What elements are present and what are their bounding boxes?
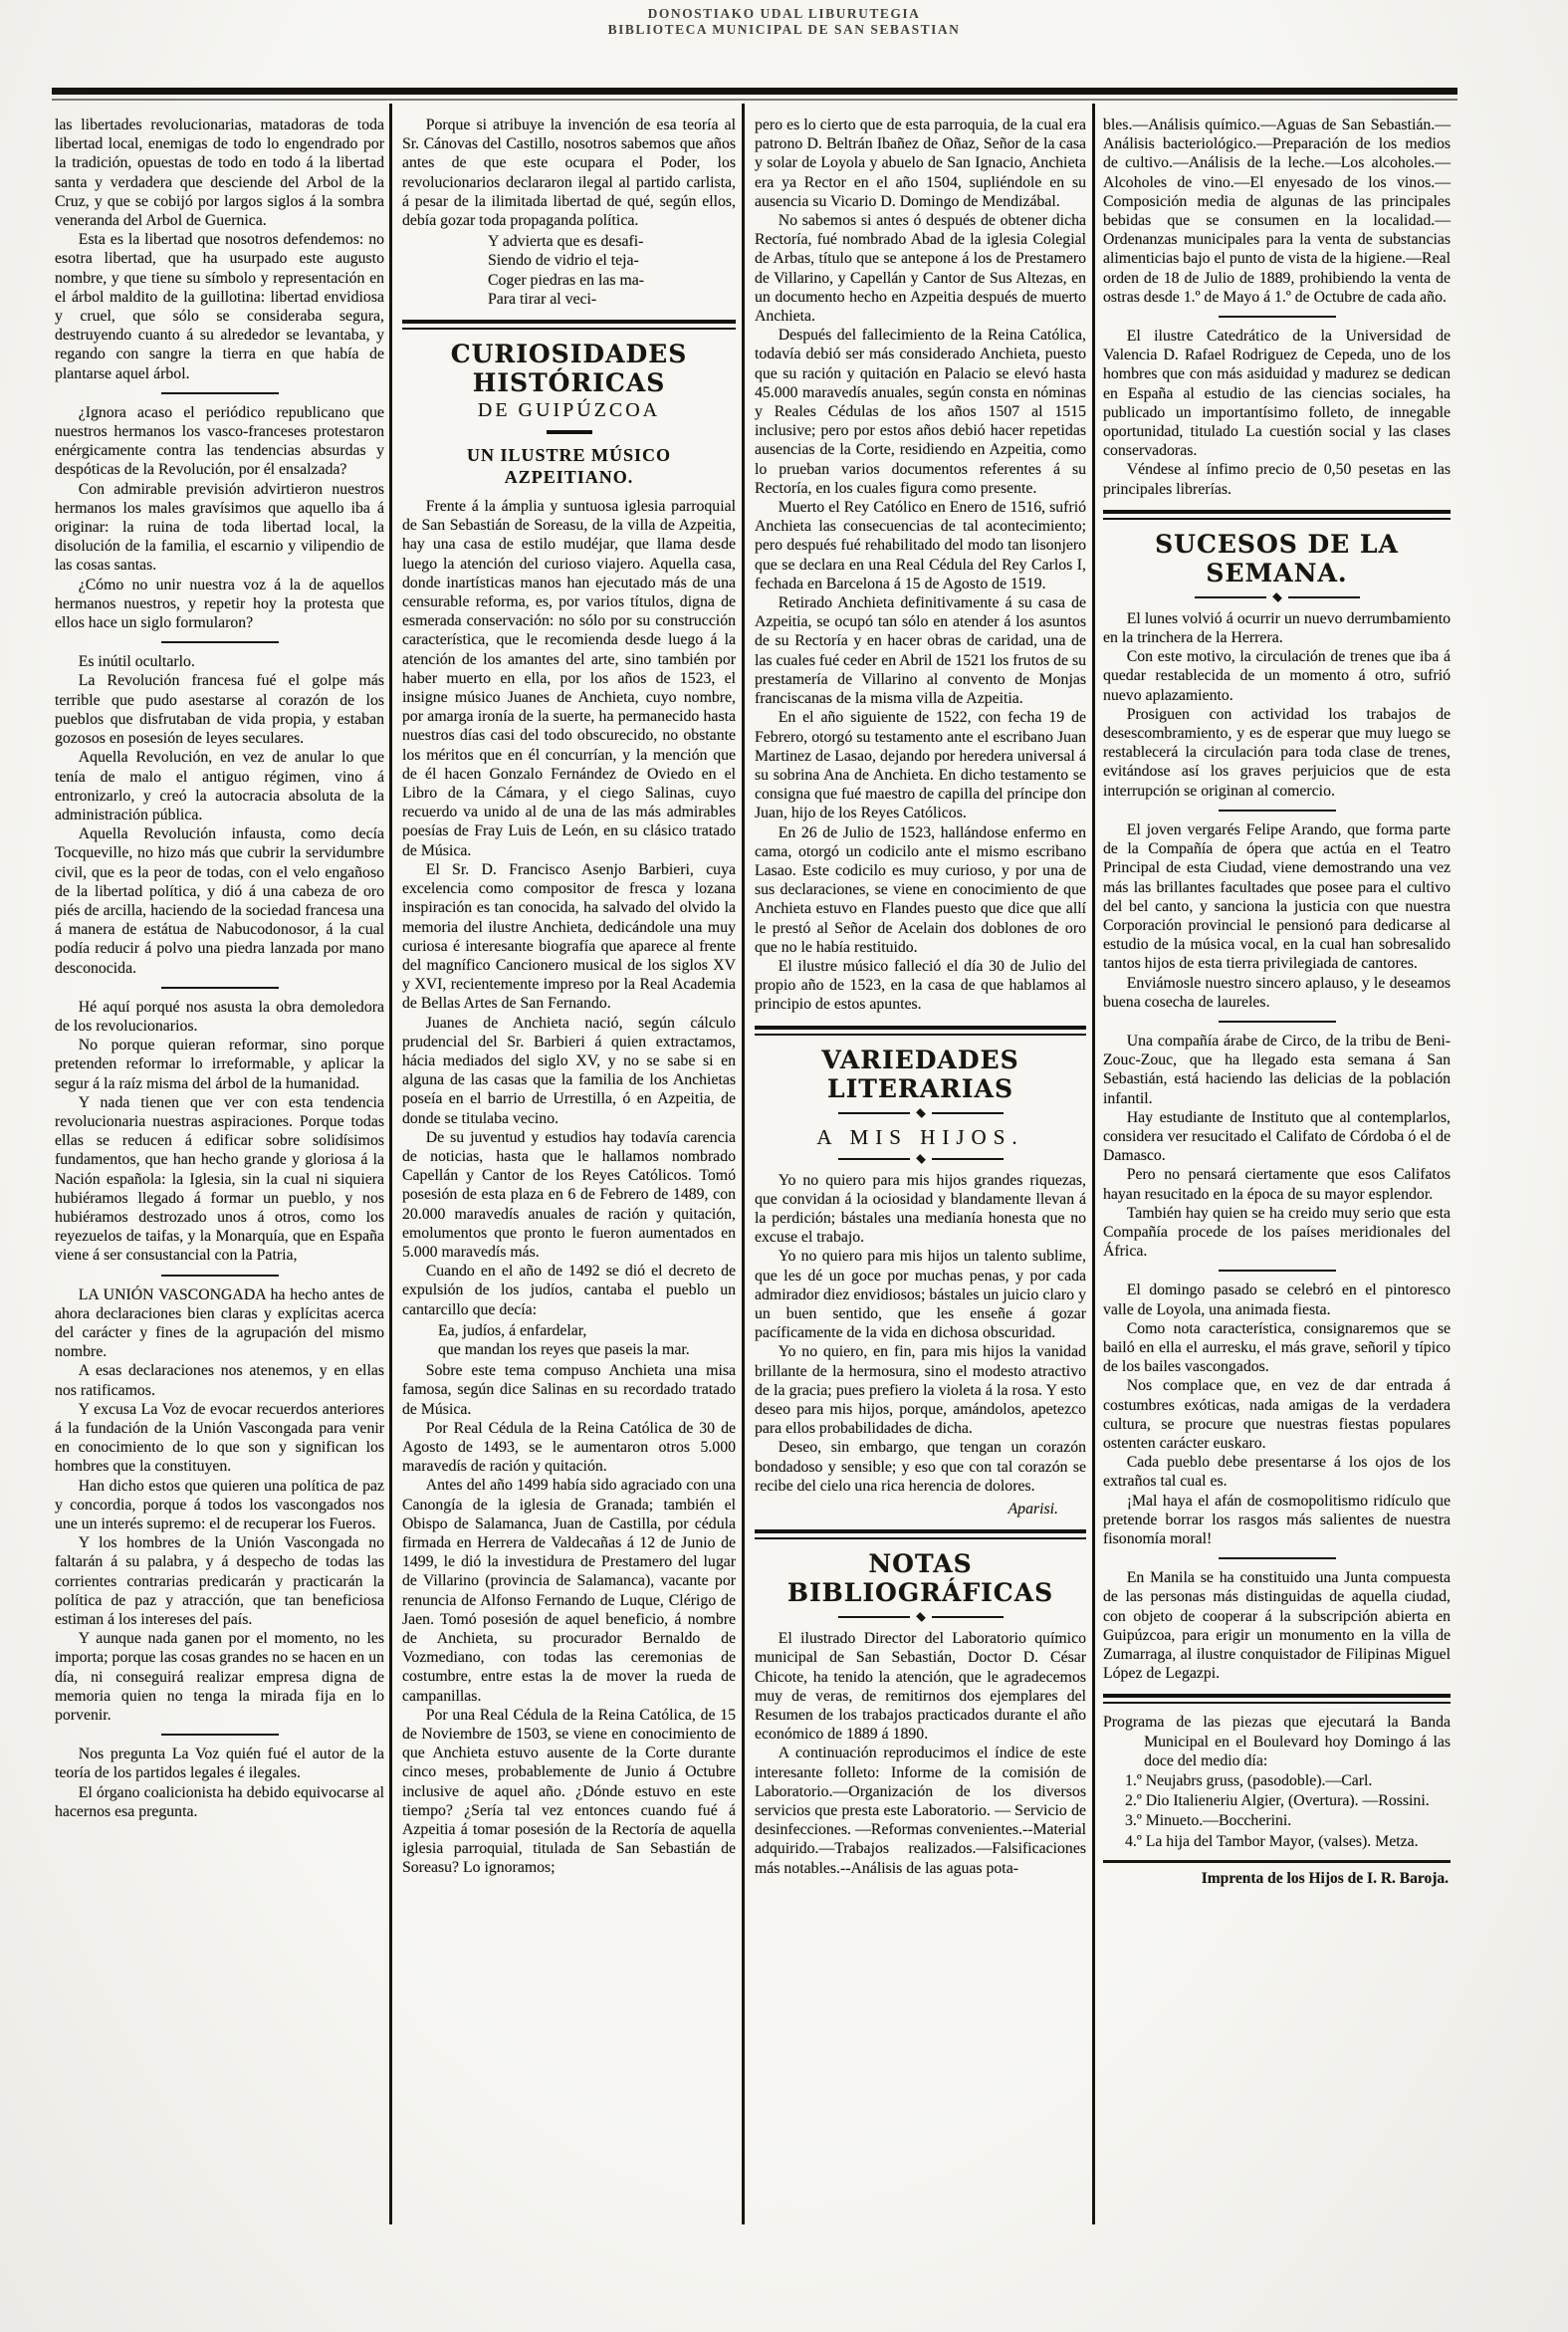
paragraph: El ilustre Catedrático de la Universidad… [1103, 327, 1451, 460]
section-subtitle: DE GUIPÚZCOA [402, 398, 736, 422]
paragraph: El joven vergarés Felipe Arando, que for… [1103, 820, 1451, 974]
ornament-line [838, 1616, 910, 1618]
paragraph: Hé aquí porqué nos asusta la obra demole… [55, 998, 384, 1036]
column-3: pero es lo cierto que de esta parroquia,… [755, 104, 1086, 1878]
program-item: 3.º Minueto.—Boccherini. [1103, 1811, 1451, 1830]
paragraph: El lunes volvió á ocurrir un nuevo derru… [1103, 609, 1451, 647]
program-item: 2.º Dio Italieneriu Algier, (Overtura). … [1103, 1791, 1451, 1810]
article-title: UN ILUSTRE MÚSICO AZPEITIANO. [402, 444, 736, 488]
masthead-rule [52, 88, 1457, 95]
column-divider-1 [389, 104, 392, 2224]
imprint: Imprenta de los Hijos de I. R. Baroja. [1103, 1869, 1451, 1888]
divider-double [1103, 510, 1451, 520]
paragraph: No sabemos si antes ó después de obtener… [755, 211, 1086, 326]
diamond-ornament [916, 1108, 926, 1118]
paragraph: Es inútil ocultarlo. [55, 652, 384, 671]
divider-short [1219, 1557, 1336, 1559]
paragraph: Sobre este tema compuso Anchieta una mis… [402, 1361, 736, 1419]
paragraph: Y nada tienen que ver con esta tendencia… [55, 1093, 384, 1266]
divider-short [161, 641, 279, 643]
divider-short [1219, 316, 1336, 318]
diamond-ornament [916, 1154, 926, 1164]
newspaper-page: { "page": { "stamp_line1": "DONOSTIAKO U… [0, 0, 1568, 2332]
paragraph: Con admirable previsión advirtieron nues… [55, 480, 384, 576]
signature: Aparisi. [755, 1500, 1086, 1518]
paragraph: Una compañía árabe de Circo, de la tribu… [1103, 1032, 1451, 1108]
paragraph: Nos complace que, en vez de dar entrada … [1103, 1376, 1451, 1453]
paragraph: Hay estudiante de Instituto que al conte… [1103, 1108, 1451, 1166]
column-divider-2 [742, 104, 745, 2224]
divider-line [1103, 1860, 1451, 1863]
column-divider-3 [1092, 104, 1095, 2224]
paragraph: Esta es la libertad que nosotros defende… [55, 230, 384, 383]
paragraph: Por una Real Cédula de la Reina Católica… [402, 1706, 736, 1878]
paragraph: Después del fallecimiento de la Reina Ca… [755, 326, 1086, 498]
paragraph: ¡Mal haya el afán de cosmopolitismo ridí… [1103, 1492, 1451, 1549]
paragraph: Cuando en el año de 1492 se dió el decre… [402, 1262, 736, 1319]
divider-short [161, 1275, 279, 1277]
paragraph: Antes del año 1499 había sido agraciado … [402, 1476, 736, 1705]
divider-short [161, 392, 279, 394]
article-title: A MIS HIJOS. [755, 1125, 1086, 1149]
paragraph: Han dicho estos que quieren una política… [55, 1477, 384, 1534]
program-item: 1.º Neujabrs gruss, (pasodoble).—Carl. [1103, 1771, 1451, 1790]
paragraph: Como nota característica, consignaremos … [1103, 1319, 1451, 1377]
paragraph: Y los hombres de la Unión Vascongada no … [55, 1533, 384, 1629]
paragraph: Y aunque nada ganen por el momento, no l… [55, 1629, 384, 1725]
paragraph: Cada pueblo debe presentarse á los ojos … [1103, 1453, 1451, 1491]
paragraph: Con este motivo, la circulación de trene… [1103, 647, 1451, 705]
divider-double [402, 320, 736, 330]
masthead-rule-thin [52, 99, 1457, 101]
ornament-line [932, 1616, 1004, 1618]
paragraph: El domingo pasado se celebró en el pinto… [1103, 1281, 1451, 1318]
section-title: VARIEDADES LITERARIAS [755, 1046, 1086, 1103]
paragraph: Yo no quiero para mis hijos grandes riqu… [755, 1171, 1086, 1248]
paragraph: En el año siguiente de 1522, con fecha 1… [755, 708, 1086, 822]
divider-dash [547, 430, 592, 434]
verse-line: Coger piedras en las ma- [402, 271, 736, 290]
paragraph: En Manila se ha constituido una Junta co… [1103, 1568, 1451, 1683]
verse-line: Y advierta que es desafi- [402, 232, 736, 251]
paragraph: Porque si atribuye la invención de esa t… [402, 116, 736, 230]
divider-short [161, 1734, 279, 1736]
divider-short [1219, 810, 1336, 812]
paragraph: Por Real Cédula de la Reina Católica de … [402, 1419, 736, 1477]
paragraph: ¿Ignora acaso el periódico republicano q… [55, 403, 384, 480]
verse: Ea, judíos, á enfardelar,que mandan los … [402, 1321, 736, 1359]
paragraph: Yo no quiero, en fin, para mis hijos la … [755, 1342, 1086, 1438]
column-1: las libertades revolucionarias, matadora… [55, 104, 384, 1821]
paragraph-continuation: bles.—Análisis químico.—Aguas de San Seb… [1103, 116, 1451, 307]
paragraph: Aquella Revolución infausta, como decía … [55, 824, 384, 978]
verse-line: que mandan los reyes que paseis la mar. [402, 1340, 736, 1359]
paragraph: A esas declaraciones nos atenemos, y en … [55, 1361, 384, 1399]
paragraph: Juanes de Anchieta nació, según cálculo … [402, 1014, 736, 1128]
paragraph: ¿Cómo no unir nuestra voz á la de aquell… [55, 576, 384, 633]
paragraph: El órgano coalicionista ha debido equivo… [55, 1783, 384, 1821]
paragraph: Enviámosle nuestro sincero aplauso, y le… [1103, 974, 1451, 1012]
divider-double [755, 1026, 1086, 1036]
paragraph: Pero no pensará ciertamente que esos Cal… [1103, 1165, 1451, 1203]
paragraph: Prosiguen con actividad los trabajos de … [1103, 705, 1451, 801]
paragraph: Retirado Anchieta definitivamente á su c… [755, 593, 1086, 708]
paragraph: La Revolución francesa fué el golpe más … [55, 671, 384, 748]
column-4: bles.—Análisis químico.—Aguas de San Seb… [1103, 104, 1451, 1888]
divider-double [1103, 1694, 1451, 1704]
ornament-divider [755, 1613, 1086, 1621]
paragraph: A continuación reproducimos el índice de… [755, 1744, 1086, 1877]
ornament-line [1195, 596, 1266, 598]
ornament-line [932, 1112, 1004, 1114]
paragraph: De su juventud y estudios hay todavía ca… [402, 1128, 736, 1262]
ornament-line [838, 1158, 910, 1160]
paragraph: No porque quieran reformar, sino porque … [55, 1036, 384, 1093]
diamond-ornament [916, 1612, 926, 1622]
ornament-divider [755, 1155, 1086, 1163]
paragraph-continuation: pero es lo cierto que de esta parroquia,… [755, 116, 1086, 211]
verse: Y advierta que es desafi-Siendo de vidri… [402, 232, 736, 309]
program-intro: Programa de las piezas que ejecutará la … [1103, 1713, 1451, 1770]
paragraph: LA UNIÓN VASCONGADA ha hecho antes de ah… [55, 1285, 384, 1362]
paragraph: En 26 de Julio de 1523, hallándose enfer… [755, 823, 1086, 957]
divider-short [161, 987, 279, 989]
verse-line: Para tirar al veci- [402, 290, 736, 309]
divider-short [1219, 1270, 1336, 1272]
ornament-line [1288, 596, 1360, 598]
paragraph: Nos pregunta La Voz quién fué el autor d… [55, 1745, 384, 1782]
verse-line: Ea, judíos, á enfardelar, [402, 1321, 736, 1340]
section-title: SUCESOS DE LA SEMANA. [1103, 530, 1451, 587]
column-2: Porque si atribuye la invención de esa t… [402, 104, 736, 1878]
paragraph: Y excusa La Voz de evocar recuerdos ante… [55, 1400, 384, 1477]
stamp-line-spanish: BIBLIOTECA MUNICIPAL DE SAN SEBASTIAN [0, 22, 1568, 38]
section-title: CURIOSIDADES HISTÓRICAS [402, 340, 736, 397]
paragraph: El ilustrado Director del Laboratorio qu… [755, 1629, 1086, 1744]
ornament-line [838, 1112, 910, 1114]
ornament-line [932, 1158, 1004, 1160]
paragraph: Muerto el Rey Católico en Enero de 1516,… [755, 498, 1086, 593]
ornament-divider [755, 1109, 1086, 1117]
paragraph: Yo no quiero para mis hijos un talento s… [755, 1247, 1086, 1342]
paragraph: Aquella Revolución, en vez de anular lo … [55, 748, 384, 824]
paragraph: Frente á la ámplia y suntuosa iglesia pa… [402, 497, 736, 860]
paragraph-continuation: las libertades revolucionarias, matadora… [55, 116, 384, 230]
paragraph: Deseo, sin embargo, que tengan un corazó… [755, 1438, 1086, 1496]
paragraph: El ilustre músico falleció el día 30 de … [755, 957, 1086, 1015]
stamp-line-basque: DONOSTIAKO UDAL LIBURUTEGIA [0, 6, 1568, 22]
divider-short [1219, 1021, 1336, 1023]
verse-line: Siendo de vidrio el teja- [402, 251, 736, 270]
program-item: 4.º La hija del Tambor Mayor, (valses). … [1103, 1832, 1451, 1851]
divider-double [755, 1529, 1086, 1539]
paragraph: También hay quien se ha creido muy serio… [1103, 1204, 1451, 1262]
section-title: NOTAS BIBLIOGRÁFICAS [755, 1549, 1086, 1607]
paragraph: El Sr. D. Francisco Asenjo Barbieri, cuy… [402, 860, 736, 1014]
library-stamp: DONOSTIAKO UDAL LIBURUTEGIA BIBLIOTECA M… [0, 6, 1568, 38]
paragraph: Véndese al ínfimo precio de 0,50 pesetas… [1103, 460, 1451, 498]
ornament-divider [1103, 593, 1451, 601]
diamond-ornament [1272, 592, 1282, 602]
